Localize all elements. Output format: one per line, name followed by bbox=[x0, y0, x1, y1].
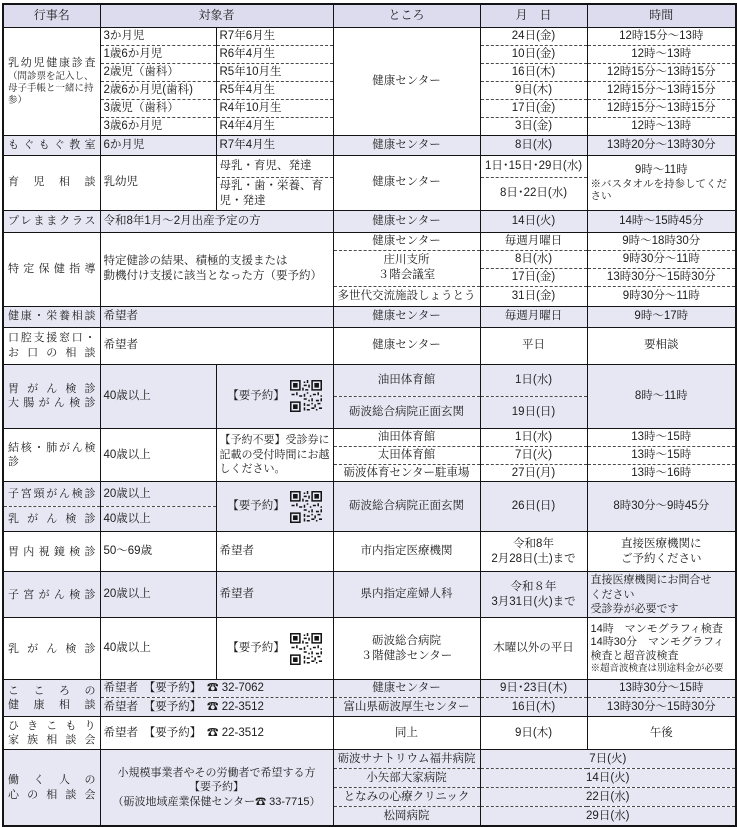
table-row: 子宮頸がん検診 20歳以上 【要予約】 砺波総合病院正面玄関 26日(日) 8時… bbox=[3, 482, 736, 507]
cell-time: 13時～16時 bbox=[587, 464, 736, 482]
row-label-gastroscope: 胃内視鏡検診 bbox=[3, 532, 100, 572]
cell-time: 9時～11時※バスタオルを持参してください bbox=[587, 155, 736, 210]
cell-date: 令和8年 2月28日(土)まで bbox=[480, 532, 587, 572]
table-row: 乳がん検診 40歳以上 【要予約】 砺波総合病院 ３階健診センター 木曜以外の平… bbox=[3, 618, 736, 680]
cell-target: 1歳6か月児 bbox=[100, 45, 216, 63]
table-row: 特定保健指導 特定健診の結果、積極的支援または 動機付け支援に該当となった方（要… bbox=[3, 232, 736, 250]
table-row: 育児相談 乳幼児 母乳・育児、発達 健康センター 1日･15日･29日(水) 9… bbox=[3, 155, 736, 177]
table-row: 健康・栄養相談 希望者 健康センター 毎週月曜日 9時～17時 bbox=[3, 306, 736, 327]
cell-place: 健康センター bbox=[333, 155, 480, 210]
cell-date: 毎週月曜日 bbox=[480, 306, 587, 327]
cell-booking: 【要予約】 bbox=[216, 482, 333, 532]
cell-target: 特定健診の結果、積極的支援または 動機付け支援に該当となった方（要予約） bbox=[100, 232, 333, 306]
cell-place: 同上 bbox=[333, 717, 480, 750]
cell-place: 砺波総合病院正面玄関 bbox=[333, 482, 480, 532]
cell-time: 14時 マンモグラフィ検査 14時30分 マンモグラフィ検査と超音波検査※超音波… bbox=[587, 618, 736, 680]
cell-target: 40歳以上 bbox=[100, 428, 216, 482]
cell-born: R7年6月生 bbox=[216, 28, 333, 46]
cell-time: 8時～11時 bbox=[587, 364, 736, 428]
col-header-date: 月 日 bbox=[480, 4, 587, 28]
cell-target: 2歳児（歯科） bbox=[100, 63, 216, 81]
col-header-time: 時間 bbox=[587, 4, 736, 28]
cell-born: R7年4月生 bbox=[216, 135, 333, 155]
time-note: ※超音波検査は別途料金が必要 bbox=[591, 664, 733, 675]
cell-place: 庄川支所 ３階会議室 bbox=[333, 250, 480, 286]
cell-time: 直接医療機関にお問合せ ください 受診券が必要です bbox=[587, 572, 736, 618]
row-label-breast: 乳がん検診 bbox=[3, 618, 100, 680]
cell-place: 富山県砺波厚生センター bbox=[333, 698, 480, 717]
table-header-row: 行事名 対象者 ところ 月 日 時間 bbox=[3, 4, 736, 28]
event-name: 乳幼児健康診査 bbox=[8, 57, 96, 69]
cell-place: 多世代交流施設しょうとう bbox=[333, 286, 480, 306]
row-label-kokoro: こころの 健康相談 bbox=[3, 680, 100, 717]
cell-target: 20歳以上 bbox=[100, 572, 216, 618]
cell-time: 12時～13時 bbox=[587, 117, 736, 135]
cell-date: 31日(金) bbox=[480, 286, 587, 306]
time-main: 9時～11時 bbox=[591, 163, 733, 178]
cell-date: 27日(月) bbox=[480, 464, 587, 482]
cell-time: 要相談 bbox=[587, 327, 736, 364]
qr-code-icon bbox=[290, 491, 322, 523]
cell-time: 9時～17時 bbox=[587, 306, 736, 327]
cell-date: 7日(火) bbox=[480, 446, 587, 464]
cell-date: 8日･22日(水) bbox=[480, 177, 587, 210]
cell-time: 12時15分～13時15分 bbox=[587, 81, 736, 99]
cell-place: 油田体育館 bbox=[333, 364, 480, 396]
row-label-stomach-colon: 胃がん検診 大腸がん検診 bbox=[3, 364, 100, 428]
cell-place: 健康センター bbox=[333, 327, 480, 364]
cell-place: 油田体育館 bbox=[333, 428, 480, 446]
cell-target: 3歳6か月児 bbox=[100, 117, 216, 135]
cell-time: 9時～18時30分 bbox=[587, 232, 736, 250]
cell-time: 午後 bbox=[587, 717, 736, 750]
cell-target: 希望者 【要予約】 ☎ 22-3512 bbox=[100, 717, 333, 750]
cell-date: 14日(火) bbox=[480, 769, 736, 788]
cell-date: 19日(日) bbox=[480, 396, 587, 428]
cell-target: 40歳以上 bbox=[100, 618, 216, 680]
col-header-target: 対象者 bbox=[100, 4, 333, 28]
cell-time: 13時～15時 bbox=[587, 428, 736, 446]
row-label-hataraku: 働く人の 心の相談会 bbox=[3, 750, 100, 826]
cell-target: 2歳6か月児(歯科) bbox=[100, 81, 216, 99]
booking-label: 【要予約】 bbox=[227, 499, 285, 514]
cell-time: 12時～13時 bbox=[587, 45, 736, 63]
row-label-cervical: 子宮頸がん検診 bbox=[3, 482, 100, 507]
row-label-premama: プレままクラス bbox=[3, 210, 100, 232]
cell-place: 砺波サナトリウム福井病院 bbox=[333, 750, 480, 769]
booking-label: 【要予約】 bbox=[227, 389, 285, 404]
cell-time: 13時20分～13時30分 bbox=[587, 135, 736, 155]
table-row: こころの 健康相談 希望者 【要予約】 ☎ 32-7062 健康センター 9日･… bbox=[3, 680, 736, 698]
row-label-oral: 口腔支援窓口・ お口の相談 bbox=[3, 327, 100, 364]
table-row: 結核・肺がん検診 40歳以上 【予約不要】受診券に記載の受付時間にお越しください… bbox=[3, 428, 736, 446]
cell-date: 木曜以外の平日 bbox=[480, 618, 587, 680]
table-row: もぐもぐ教室 6か月児 R7年4月生 健康センター 8日(水) 13時20分～1… bbox=[3, 135, 736, 155]
time-note: ※バスタオルを持参してください bbox=[591, 178, 733, 203]
cell-place: 市内指定医療機関 bbox=[333, 532, 480, 572]
cell-time: 8時30分～9時45分 bbox=[587, 482, 736, 532]
cell-date: 29日(水) bbox=[480, 807, 736, 826]
cell-born: R5年10月生 bbox=[216, 63, 333, 81]
cell-born: R6年4月生 bbox=[216, 45, 333, 63]
cell-target: 小規模事業者やその労働者で希望する方 【要予約】 （砺波地域産業保健センター☎ … bbox=[100, 750, 333, 826]
qr-code-icon bbox=[290, 380, 322, 412]
qr-code-icon bbox=[290, 633, 322, 665]
cell-date: 26日(日) bbox=[480, 482, 587, 532]
cell-place: 健康センター bbox=[333, 232, 480, 250]
cell-who: 希望者 bbox=[216, 572, 333, 618]
cell-born: R5年4月生 bbox=[216, 81, 333, 99]
cell-date: 毎週月曜日 bbox=[480, 232, 587, 250]
cell-place: 健康センター bbox=[333, 680, 480, 698]
cell-booking: 【要予約】 bbox=[216, 618, 333, 680]
cell-topic: 母乳・育児、発達 bbox=[216, 155, 333, 177]
cell-time: 直接医療機関に ご予約ください bbox=[587, 532, 736, 572]
cell-place: 太田体育館 bbox=[333, 446, 480, 464]
cell-date: 9日(木) bbox=[480, 81, 587, 99]
cell-place: 砺波総合病院正面玄関 bbox=[333, 396, 480, 428]
cell-date: 17日(金) bbox=[480, 99, 587, 117]
cell-time: 14時～15時45分 bbox=[587, 210, 736, 232]
cell-target: 20歳以上 bbox=[100, 482, 216, 507]
table-row: 胃内視鏡検診 50～69歳 希望者 市内指定医療機関 令和8年 2月28日(土)… bbox=[3, 532, 736, 572]
cell-time: 13時30分～15時30分 bbox=[587, 268, 736, 286]
row-label-mogumogu: もぐもぐ教室 bbox=[3, 135, 100, 155]
table-row: 乳幼児健康診査（問診票を記入し、母子手帳と一緒に持参） 3か月児 R7年6月生 … bbox=[3, 28, 736, 46]
cell-date: 22日(水) bbox=[480, 788, 736, 807]
cell-time: 13時～15時 bbox=[587, 446, 736, 464]
cell-time: 12時15分～13時 bbox=[587, 28, 736, 46]
cell-target: 希望者 bbox=[100, 306, 333, 327]
cell-target: 希望者 【要予約】 ☎ 32-7062 bbox=[100, 680, 333, 698]
event-note: （問診票を記入し、母子手帳と一緒に持参） bbox=[8, 71, 96, 107]
cell-place: 松岡病院 bbox=[333, 807, 480, 826]
cell-target: 3か月児 bbox=[100, 28, 216, 46]
cell-place: 健康センター bbox=[333, 210, 480, 232]
row-label-uterine: 子宮がん検診 bbox=[3, 572, 100, 618]
cell-place: となみの心療クリニック bbox=[333, 788, 480, 807]
cell-date: 1日(水) bbox=[480, 364, 587, 396]
cell-target: 3歳児（歯科） bbox=[100, 99, 216, 117]
cell-date: 3日(金) bbox=[480, 117, 587, 135]
row-label-tokutei: 特定保健指導 bbox=[3, 232, 100, 306]
table-row: 口腔支援窓口・ お口の相談 希望者 健康センター 平日 要相談 bbox=[3, 327, 736, 364]
cell-date: 1日･15日･29日(水) bbox=[480, 155, 587, 177]
table-row: 働く人の 心の相談会 小規模事業者やその労働者で希望する方 【要予約】 （砺波地… bbox=[3, 750, 736, 769]
cell-date: 7日(火) bbox=[480, 750, 736, 769]
cell-target: 乳幼児 bbox=[100, 155, 216, 210]
col-header-place: ところ bbox=[333, 4, 480, 28]
cell-date: 16日(木) bbox=[480, 63, 587, 81]
row-label-childcare: 育児相談 bbox=[3, 155, 100, 210]
row-label-tb-lung: 結核・肺がん検診 bbox=[3, 428, 100, 482]
table-row: ひきこもり 家族相談会 希望者 【要予約】 ☎ 22-3512 同上 9日(木)… bbox=[3, 717, 736, 750]
cell-date: 8日(水) bbox=[480, 250, 587, 268]
cell-time: 12時15分～13時15分 bbox=[587, 63, 736, 81]
table-row: プレままクラス 令和8年1月～2月出産予定の方 健康センター 14日(火) 14… bbox=[3, 210, 736, 232]
cell-target: 40歳以上 bbox=[100, 507, 216, 532]
row-label-nutrition: 健康・栄養相談 bbox=[3, 306, 100, 327]
cell-who: 希望者 bbox=[216, 532, 333, 572]
cell-date: 1日(水) bbox=[480, 428, 587, 446]
cell-target: 希望者 【要予約】 ☎ 22-3512 bbox=[100, 698, 333, 717]
col-header-event: 行事名 bbox=[3, 4, 100, 28]
cell-date: 10日(金) bbox=[480, 45, 587, 63]
document-page: 行事名 対象者 ところ 月 日 時間 乳幼児健康診査（問診票を記入し、母子手帳と… bbox=[0, 0, 737, 810]
row-label-hikikomori: ひきこもり 家族相談会 bbox=[3, 717, 100, 750]
cell-place: 健康センター bbox=[333, 306, 480, 327]
cell-target: 50～69歳 bbox=[100, 532, 216, 572]
cell-target: 希望者 bbox=[100, 327, 333, 364]
cell-date: 令和８年 3月31日(火)まで bbox=[480, 572, 587, 618]
cell-date: 16日(木) bbox=[480, 698, 587, 717]
cell-born: R4年4月生 bbox=[216, 117, 333, 135]
cell-booking: 【要予約】 bbox=[216, 364, 333, 428]
table-row: 胃がん検診 大腸がん検診 40歳以上 【要予約】 油田体育館 1日(水) 8時～… bbox=[3, 364, 736, 396]
row-label-infant-checkup: 乳幼児健康診査（問診票を記入し、母子手帳と一緒に持参） bbox=[3, 28, 100, 136]
cell-date: 24日(金) bbox=[480, 28, 587, 46]
cell-time: 12時15分～13時15分 bbox=[587, 99, 736, 117]
cell-place: 砺波体育センター駐車場 bbox=[333, 464, 480, 482]
cell-date: 9日･23日(木) bbox=[480, 680, 587, 698]
cell-target: 40歳以上 bbox=[100, 364, 216, 428]
cell-time: 9時30分～11時 bbox=[587, 286, 736, 306]
cell-topic: 母乳・歯・栄養、育児・発達 bbox=[216, 177, 333, 210]
cell-place: 健康センター bbox=[333, 28, 480, 136]
cell-target: 6か月児 bbox=[100, 135, 216, 155]
cell-place: 県内指定産婦人科 bbox=[333, 572, 480, 618]
cell-place: 小矢部大家病院 bbox=[333, 769, 480, 788]
cell-time: 13時30分～15時30分 bbox=[587, 698, 736, 717]
cell-place: 健康センター bbox=[333, 135, 480, 155]
cell-time: 9時30分～11時 bbox=[587, 250, 736, 268]
table-row: 希望者 【要予約】 ☎ 22-3512 富山県砺波厚生センター 16日(木) 1… bbox=[3, 698, 736, 717]
cell-date: 8日(水) bbox=[480, 135, 587, 155]
cell-date: 17日(金) bbox=[480, 268, 587, 286]
cell-place: 砺波総合病院 ３階健診センター bbox=[333, 618, 480, 680]
cell-time: 13時30分～15時 bbox=[587, 680, 736, 698]
cell-date: 9日(木) bbox=[480, 717, 587, 750]
cell-date: 14日(火) bbox=[480, 210, 587, 232]
health-schedule-table: 行事名 対象者 ところ 月 日 時間 乳幼児健康診査（問診票を記入し、母子手帳と… bbox=[2, 3, 737, 827]
cell-date: 平日 bbox=[480, 327, 587, 364]
cell-target: 令和8年1月～2月出産予定の方 bbox=[100, 210, 333, 232]
cell-booking: 【予約不要】受診券に記載の受付時間にお越しください。 bbox=[216, 428, 333, 482]
cell-born: R4年10月生 bbox=[216, 99, 333, 117]
time-main: 14時 マンモグラフィ検査 14時30分 マンモグラフィ検査と超音波検査 bbox=[591, 623, 733, 664]
booking-label: 【要予約】 bbox=[227, 641, 285, 656]
row-label-breast-short: 乳がん検診 bbox=[3, 507, 100, 532]
table-row: 子宮がん検診 20歳以上 希望者 県内指定産婦人科 令和８年 3月31日(火)ま… bbox=[3, 572, 736, 618]
